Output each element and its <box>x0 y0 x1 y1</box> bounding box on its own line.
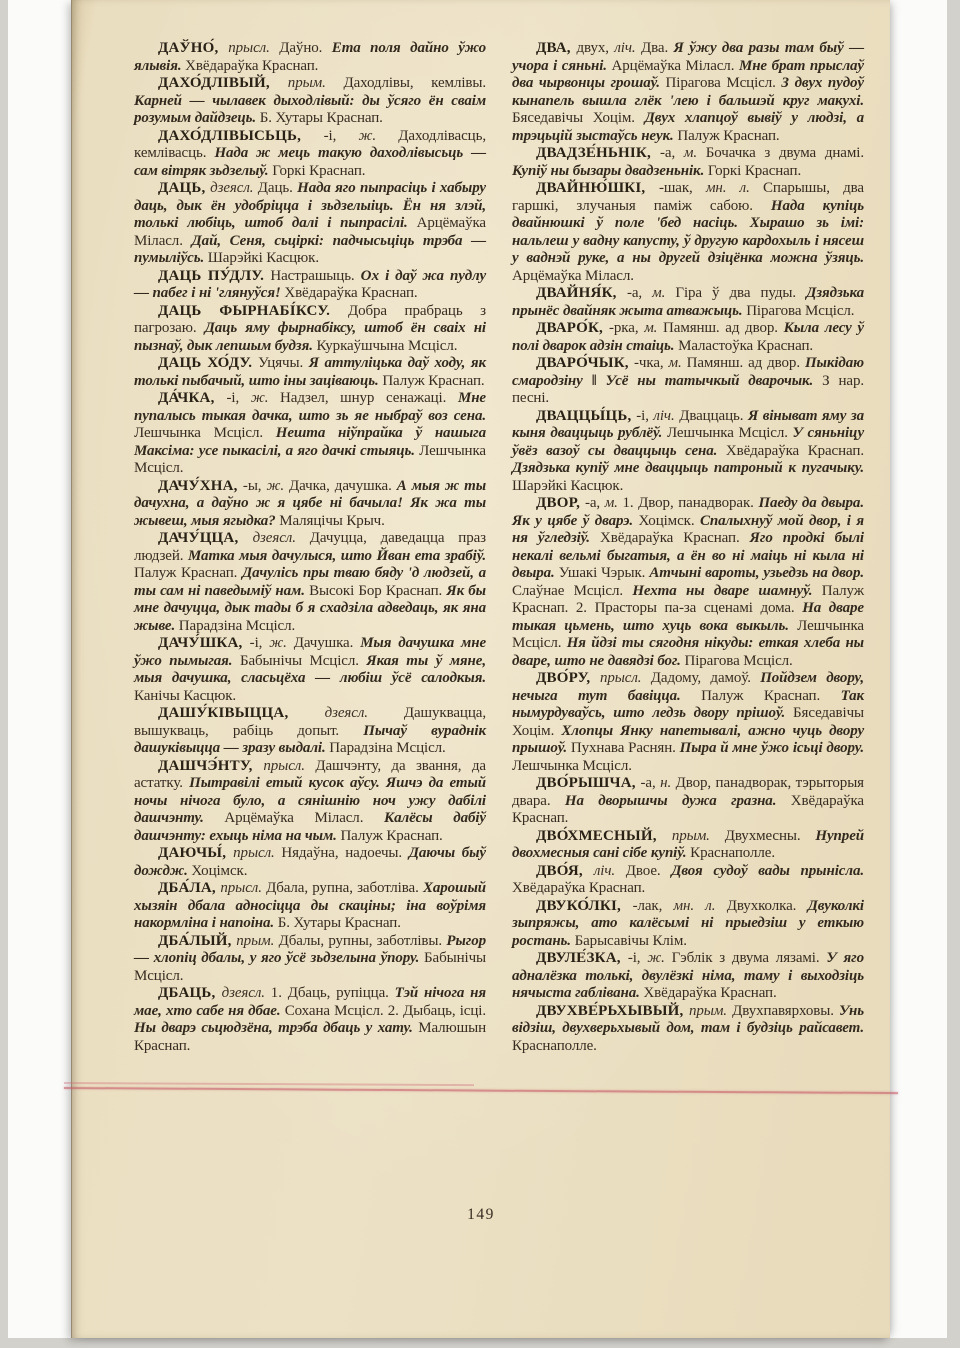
definition-text: 1. Дбаць, рупіцца. <box>271 985 395 1001</box>
definition-text: Краснаполле. <box>512 1038 597 1054</box>
usage-example: Нехта ны дваре шамнуў. <box>632 583 821 599</box>
definition-text: -і, <box>250 635 270 651</box>
headword: ДВАДЗЕ́НЬНІК, <box>536 145 660 161</box>
headword: ДАЦЬ, <box>158 180 210 196</box>
dictionary-entry: ДАХО́ДЛІВЫЙ, прым. Даходлівы, кемлівы. К… <box>134 75 486 128</box>
dictionary-entry: ДБА́ЛЫЙ, прым. Дбалы, рупны, заботлівы. … <box>134 933 486 986</box>
headword: ДВУХВЕ́РЬХЫВЫЙ, <box>536 1003 689 1019</box>
page-number: 149 <box>72 1206 890 1224</box>
text-columns: ДАЎНО́, прысл. Даўно. Ета поля дайно ўжо… <box>134 40 864 1055</box>
definition-text: Двое. <box>626 863 672 879</box>
dictionary-entry: ДВАДЗЕ́НЬНІК, -а, м. Бочачка з двума дна… <box>512 145 864 180</box>
definition-text: Даходлівы, кемлівы. <box>343 75 486 91</box>
grammar-label: дзеясл. <box>222 985 271 1001</box>
definition-text: двух, <box>576 40 614 56</box>
grammar-label: прысл. <box>600 670 651 686</box>
definition-text: Хвёдараўка Краснап. <box>643 985 776 1001</box>
dictionary-entry: ДА́ЧКА, -і, ж. Надзел, шнур сенажаці. Мн… <box>134 390 486 478</box>
headword: ДВАЦЦЫ́ЦЬ, <box>536 408 636 424</box>
headword: ДА́ЧКА, <box>158 390 227 406</box>
usage-example: Дзядзька купіў мне дваццыць патроный к п… <box>512 460 864 476</box>
dictionary-entry: ДВАЙНЯ́К, -а, м. Гіра ў два пуды. Дзядзь… <box>512 285 864 320</box>
grammar-label: ж. <box>269 635 293 651</box>
definition-text: -чка, <box>634 355 668 371</box>
grammar-label: прым. <box>288 75 344 91</box>
grammar-label: м. <box>644 320 663 336</box>
grammar-label: ліч. <box>614 40 641 56</box>
definition-text: Пухнава Раснян. <box>571 740 680 756</box>
headword: ДВАЙНЮ́ШКІ, <box>536 180 659 196</box>
headword: ДАХО́ДЛІВЫСЬЦЬ, <box>158 128 324 144</box>
grammar-label: прым. <box>672 828 725 844</box>
definition-text: Парадзіна Мсцісл. <box>329 740 445 756</box>
grammar-label: дзеясл. <box>210 180 258 196</box>
right-column: ДВА, двух, ліч. Два. Я ўжу два разы там … <box>512 40 864 1055</box>
grammar-label: ліч. <box>653 408 679 424</box>
headword: ДБА́ЛЫЙ, <box>158 933 236 949</box>
headword: ДАЧУ́ЦЦА, <box>158 530 253 546</box>
definition-text: -лак, <box>633 898 674 914</box>
definition-text: Арцёмаўка Міласл. <box>612 58 739 74</box>
headword: ДАЦЬ ФЫРНАБІ́КСУ. <box>158 303 348 319</box>
usage-example: Атчыні вароты, узьедзь на двор. <box>649 565 864 581</box>
definition-text: Куркаўшчына Мсцісл. <box>317 338 458 354</box>
definition-text: Настрашыць. <box>270 268 360 284</box>
grammar-label: ж. <box>251 390 280 406</box>
definition-text: Палуж Краснап. <box>382 373 484 389</box>
headword: ДАЧУ́ШКА, <box>158 635 250 651</box>
grammar-label: дзеясл. <box>253 530 310 546</box>
headword: ДВО́РУ, <box>536 670 600 686</box>
dictionary-entry: ДАШУ́КІВЫЦЦА, дзеясл. Дашуквацца, вышукв… <box>134 705 486 758</box>
headword: ДВОР, <box>536 495 585 511</box>
grammar-label: ж. <box>359 128 399 144</box>
definition-text: Хвёдараўка Краснап. <box>185 58 318 74</box>
grammar-label: м. <box>605 495 623 511</box>
dictionary-entry: ДВАРО́ЧЫК, -чка, м. Памянш. ад двор. Пык… <box>512 355 864 408</box>
dictionary-entry: ДАЧУ́ЦЦА, дзеясл. Дачуцца, даведацца пра… <box>134 530 486 635</box>
definition-text: Пірагова Мсцісл. <box>746 303 854 319</box>
definition-text: -а, <box>641 775 661 791</box>
definition-text: Маластоўка Краснап. <box>678 338 813 354</box>
dictionary-entry: ДВО́Я, ліч. Двое. Двоя судоў вады прыніс… <box>512 863 864 898</box>
definition-text: Краснаполле. <box>690 845 775 861</box>
headword: ДАШЧЭ́НТУ, <box>158 758 263 774</box>
definition-text: -а, <box>627 285 652 301</box>
grammar-label: прысл. <box>263 758 315 774</box>
headword: ДВО́РЫШЧА, <box>536 775 641 791</box>
definition-text: Хвёдараўка Краснап. <box>284 285 417 301</box>
grammar-label: прысл. <box>228 40 279 56</box>
dictionary-entry: ДВО́РУ, прысл. Дадому, дамоў. Пойдзем дв… <box>512 670 864 775</box>
definition-text: 1. Двор, панадворак. <box>622 495 758 511</box>
definition-text: Лешчынка Мсцісл. <box>134 425 276 441</box>
definition-text: -і, <box>636 408 653 424</box>
dictionary-entry: ДВУЛЕ́ЗКА, -і, ж. Гэблік з двума лязамі.… <box>512 950 864 1003</box>
headword: ДВО́ХМЕСНЫЙ, <box>536 828 672 844</box>
definition-text: Арцёмаўка Міласл. <box>512 268 634 284</box>
definition-text: Уцячы. <box>258 355 309 371</box>
definition-text: Дачка, дачушка. <box>289 478 397 494</box>
definition-text: Б. Хутары Краснап. <box>260 110 383 126</box>
definition-text: Два. <box>641 40 674 56</box>
headword: ДВАРО́ЧЫК, <box>536 355 634 371</box>
headword: ДВАЙНЯ́К, <box>536 285 627 301</box>
dictionary-entry: ДАЦЬ ХО́ДУ. Уцячы. Я аттуліцька даў ходу… <box>134 355 486 390</box>
scanned-page: ДАЎНО́, прысл. Даўно. Ета поля дайно ўжо… <box>72 0 890 1338</box>
headword: ДАЮЧЫ́, <box>158 845 233 861</box>
definition-text: Дбала, рупна, заботліва. <box>266 880 423 896</box>
usage-example: На дворышчы дужа гразна. <box>565 793 791 809</box>
definition-text: Хоцімск. <box>639 513 701 529</box>
dictionary-entry: ДВОР, -а, м. 1. Двор, панадворак. Паеду … <box>512 495 864 670</box>
left-column: ДАЎНО́, прысл. Даўно. Ета поля дайно ўжо… <box>134 40 486 1055</box>
dictionary-entry: ДВУХВЕ́РЬХЫВЫЙ, прым. Двухпавярховы. Унь… <box>512 1003 864 1056</box>
dictionary-entry: ДБАЦЬ, дзеясл. 1. Дбаць, рупіцца. Тэй ні… <box>134 985 486 1055</box>
definition-text: Горкі Краснап. <box>708 163 801 179</box>
headword: ДАХО́ДЛІВЫЙ, <box>158 75 288 91</box>
definition-text: Канічы Касцюк. <box>134 688 236 704</box>
dictionary-entry: ДАЮЧЫ́, прысл. Нядаўна, надоечы. Даючы б… <box>134 845 486 880</box>
headword: ДВА, <box>536 40 576 56</box>
dictionary-entry: ДАЎНО́, прысл. Даўно. Ета поля дайно ўжо… <box>134 40 486 75</box>
definition-text: Шарэйкі Касцюк. <box>208 250 319 266</box>
headword: ДАЧУ́ХНА, <box>158 478 243 494</box>
definition-text: Хвёдараўка Краснап. <box>600 530 750 546</box>
definition-text: Арцёмаўка Міласл. <box>224 810 384 826</box>
grammar-label: мн. л. <box>706 180 763 196</box>
dictionary-entry: ДВО́ХМЕСНЫЙ, прым. Двухмесны. Нупрей дво… <box>512 828 864 863</box>
definition-text: Пірагова Мсцісл. <box>684 653 792 669</box>
definition-text: Горкі Краснап. <box>272 163 365 179</box>
definition-text: -а, <box>585 495 605 511</box>
definition-text: Высокі Бор Краснап. <box>309 583 446 599</box>
definition-text: -і, <box>324 128 359 144</box>
definition-text: Хвёдараўка Краснап. <box>512 880 645 896</box>
grammar-label: прым. <box>689 1003 732 1019</box>
pen-strike-line <box>64 1087 898 1094</box>
scan-background: ДАЎНО́, прысл. Даўно. Ета поля дайно ўжо… <box>0 0 960 1348</box>
definition-text: -і, <box>227 390 251 406</box>
definition-text: -шак, <box>659 180 706 196</box>
dictionary-entry: ДАЦЬ ФЫРНАБІ́КСУ. Добра прабраць з пагро… <box>134 303 486 356</box>
headword: ДАШУ́КІВЫЦЦА, <box>158 705 325 721</box>
grammar-label: мн. л. <box>674 898 727 914</box>
definition-text: Слаўнае Мсцісл. <box>512 583 632 599</box>
grammar-label: ж. <box>267 478 290 494</box>
definition-text: -ы, <box>243 478 267 494</box>
usage-example: Купіў ны бызары двадзеньнік. <box>512 163 708 179</box>
definition-text: Гіра ў два пуды. <box>675 285 806 301</box>
headword: ДВАРО́К, <box>536 320 609 336</box>
headword: ДБА́ЛА, <box>158 880 220 896</box>
grammar-label: дзеясл. <box>325 705 404 721</box>
grammar-label: м. <box>669 355 687 371</box>
grammar-label: м. <box>684 145 706 161</box>
grammar-label: ліч. <box>594 863 626 879</box>
dictionary-entry: ДАЧУ́ШКА, -і, ж. Дачушка. Мыя дачушка мн… <box>134 635 486 705</box>
definition-text: Двухпавярховы. <box>732 1003 839 1019</box>
pen-strike-line-secondary <box>64 1082 474 1086</box>
dictionary-entry: ДБА́ЛА, прысл. Дбала, рупна, заботліва. … <box>134 880 486 933</box>
grammar-label: ж. <box>647 950 671 966</box>
definition-text: Дбалы, рупны, заботлівы. <box>279 933 447 949</box>
headword: ДАЦЬ ХО́ДУ. <box>158 355 258 371</box>
headword: ДВО́Я, <box>536 863 594 879</box>
definition-text: -і, <box>628 950 647 966</box>
dictionary-entry: ДАХО́ДЛІВЫСЬЦЬ, -і, ж. Даходлівасць, кем… <box>134 128 486 181</box>
definition-text: Б. Хутары Краснап. <box>278 915 401 931</box>
grammar-label: н. <box>660 775 675 791</box>
definition-text: Хвёдараўка Краснап. <box>726 443 864 459</box>
usage-example: Пыра й мне ўжо ісьці двору. <box>680 740 864 756</box>
definition-text: Даць. <box>258 180 297 196</box>
definition-text: Бочачка з двума днамі. <box>706 145 864 161</box>
definition-text: Дваццаць. <box>679 408 748 424</box>
dictionary-entry: ДВАРО́К, -рка, м. Памянш. ад двор. Кыла … <box>512 320 864 355</box>
dictionary-entry: ДАЦЬ ПУ́ДЛУ. Настрашыць. Ох і даў жа пуд… <box>134 268 486 303</box>
dictionary-entry: ДВУКО́ЛКІ, -лак, мн. л. Двухколка. Двуко… <box>512 898 864 951</box>
definition-text: Надзел, шнур сенажаці. <box>280 390 458 406</box>
dictionary-entry: ДВАЙНЮ́ШКІ, -шак, мн. л. Спарышы, два га… <box>512 180 864 285</box>
headword: ДАЦЬ ПУ́ДЛУ. <box>158 268 270 284</box>
definition-text: Памянш. ад двор. <box>687 355 805 371</box>
definition-text: Бабынічы Мсцісл. <box>240 653 366 669</box>
headword: ДБАЦЬ, <box>158 985 222 1001</box>
definition-text: Барысавічы Клім. <box>575 933 687 949</box>
definition-text: Пірагова Мсцісл. <box>666 75 782 91</box>
definition-text: Дачушка. <box>294 635 361 651</box>
grammar-label: прысл. <box>233 845 281 861</box>
definition-text: Двухмесны. <box>725 828 816 844</box>
definition-text: Лешчынка Мсцісл. <box>667 425 793 441</box>
definition-text: Нядаўна, надоечы. <box>281 845 408 861</box>
definition-text: Памянш. ад двор. <box>663 320 784 336</box>
definition-text: Ушакі Чэрык. <box>559 565 650 581</box>
grammar-label: прым. <box>236 933 278 949</box>
grammar-label: прысл. <box>220 880 266 896</box>
dictionary-entry: ДВО́РЫШЧА, -а, н. Двор, панадворак, тэры… <box>512 775 864 828</box>
definition-text: Парадзіна Мсцісл. <box>179 618 295 634</box>
definition-text: Лешчынка Мсцісл. <box>512 758 632 774</box>
definition-text: Хоцімск. <box>191 863 247 879</box>
dictionary-entry: ДАЧУ́ХНА, -ы, ж. Дачка, дачушка. А мыя ж… <box>134 478 486 531</box>
dictionary-entry: ДВАЦЦЫ́ЦЬ, -і, ліч. Дваццаць. Я віныват … <box>512 408 864 496</box>
definition-text: -рка, <box>609 320 644 336</box>
definition-text: Гэблік з двума лязамі. <box>672 950 827 966</box>
definition-text: Дадому, дамоў. <box>651 670 760 686</box>
usage-example: Двоя судоў вады прынісла. <box>671 863 864 879</box>
grammar-label: м. <box>652 285 675 301</box>
definition-text: Палуж Краснап. <box>677 128 779 144</box>
definition-text: Палуж Краснап. <box>701 688 840 704</box>
headword: ДАЎНО́, <box>158 40 228 56</box>
usage-example: Матка мыя дачулыся, што Йван ета зрабіў. <box>188 548 486 564</box>
definition-text: Маляцічы Крыч. <box>279 513 385 529</box>
headword: ДВУКО́ЛКІ, <box>536 898 633 914</box>
definition-text: Сохана Мсцісл. 2. Дыбаць, ісці. <box>285 1003 486 1019</box>
definition-text: Палуж Краснап. <box>340 828 442 844</box>
definition-text: -а, <box>660 145 684 161</box>
definition-text: Бяседавічы Хоцім. <box>512 110 645 126</box>
definition-text: Палуж Краснап. <box>134 565 242 581</box>
dictionary-entry: ДАШЧЭ́НТУ, прысл. Дашчэнту, да звання, д… <box>134 758 486 846</box>
usage-example: Ны дварэ сьцюдзёна, трэба дбаць у хату. <box>134 1020 418 1036</box>
definition-text: Шарэйкі Касцюк. <box>512 478 623 494</box>
definition-text: Двухколка. <box>727 898 808 914</box>
dictionary-entry: ДАЦЬ, дзеясл. Даць. Нада яго пыпрасіць і… <box>134 180 486 268</box>
definition-text: Даўно. <box>279 40 332 56</box>
headword: ДВУЛЕ́ЗКА, <box>536 950 628 966</box>
dictionary-entry: ДВА, двух, ліч. Два. Я ўжу два разы там … <box>512 40 864 145</box>
